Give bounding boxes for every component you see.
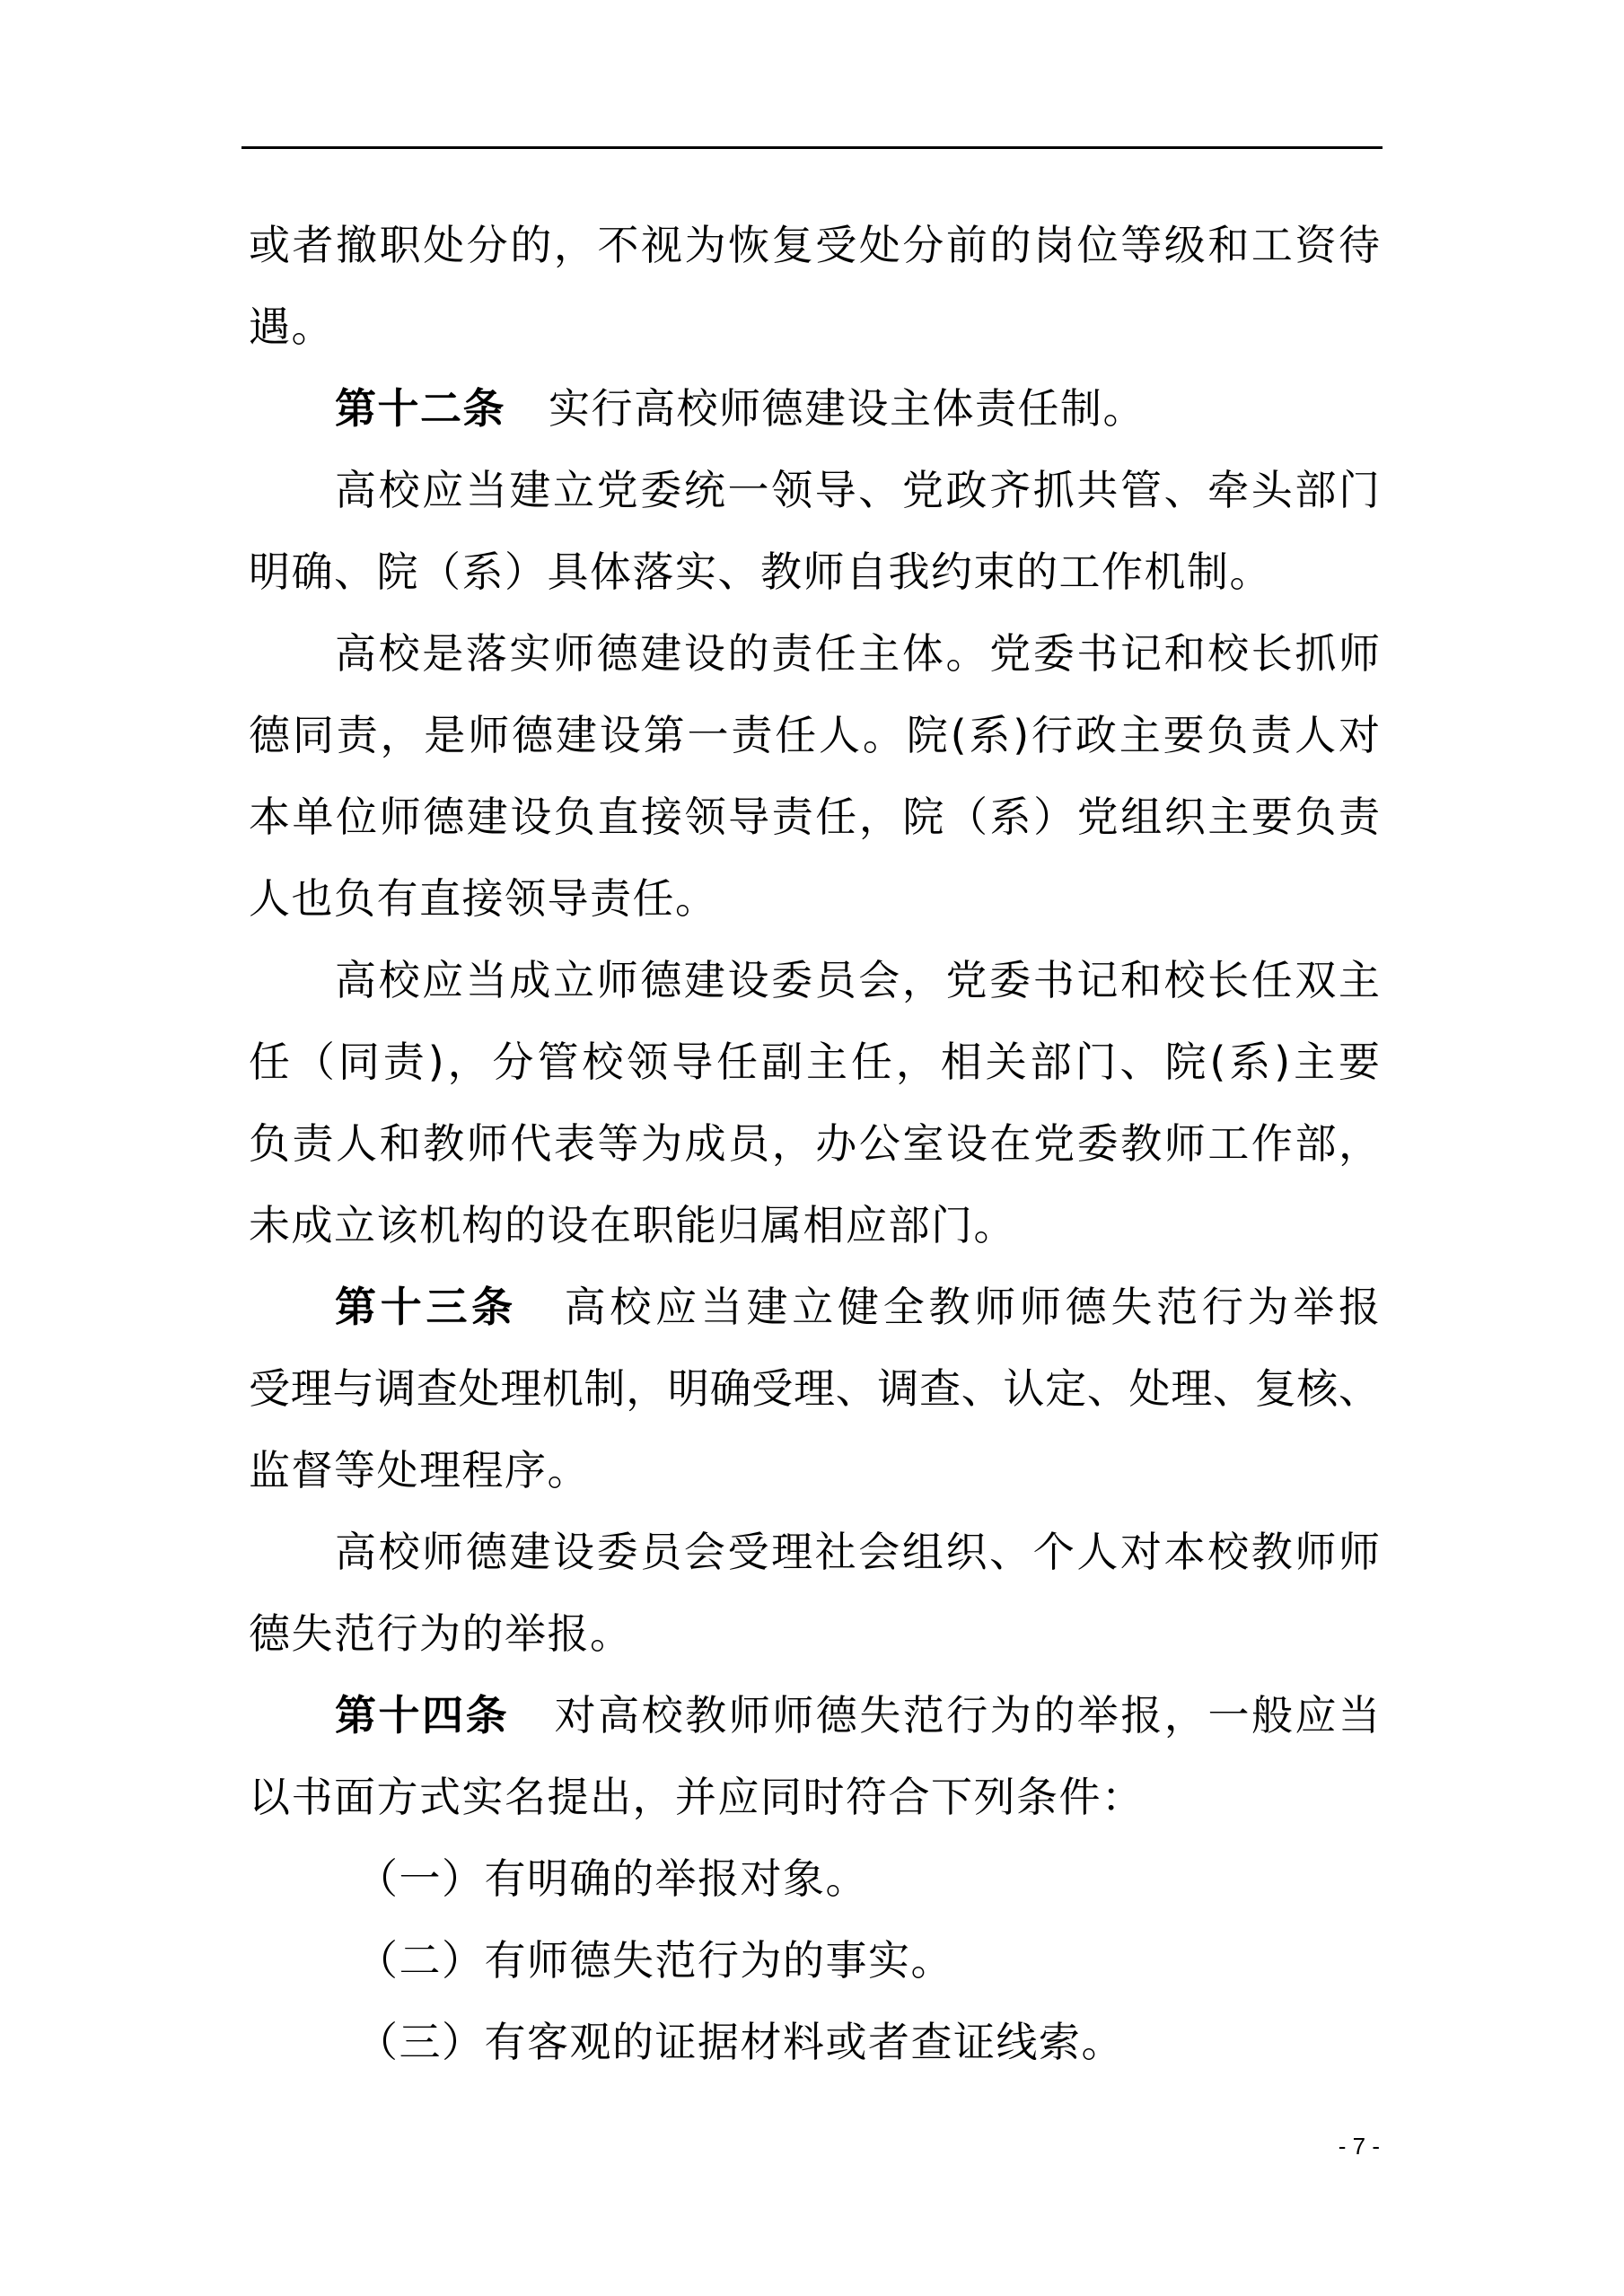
document-body: 或者撤职处分的，不视为恢复受处分前的岗位等级和工资待 遇。 第十二条实行高校师德… [249, 205, 1380, 2083]
text-line: 高校是落实师德建设的责任主体。党委书记和校长抓师 [249, 613, 1380, 695]
text-line: 以书面方式实名提出，并应同时符合下列条件： [249, 1757, 1380, 1838]
article-heading: 第十三条 [335, 1283, 517, 1331]
article-14-line: 第十四条对高校教师师德失范行为的举报，一般应当 [249, 1675, 1380, 1757]
article-text: 高校应当建立健全教师师德失范行为举报 [560, 1283, 1380, 1331]
page-number: - 7 - [1339, 2133, 1380, 2160]
article-12-line: 第十二条实行高校师德建设主体责任制。 [249, 368, 1380, 450]
article-13-line: 第十三条高校应当建立健全教师师德失范行为举报 [249, 1266, 1380, 1348]
article-text: 对高校教师师德失范行为的举报，一般应当 [552, 1691, 1380, 1740]
article-heading: 第十二条 [335, 384, 505, 433]
text-line: 或者撤职处分的，不视为恢复受处分前的岗位等级和工资待 [249, 205, 1380, 286]
article-heading: 第十四条 [335, 1691, 509, 1740]
list-item: （二）有师德失范行为的事实。 [249, 1920, 1380, 2002]
header-rule [241, 146, 1383, 149]
text-line: 未成立该机构的设在职能归属相应部门。 [249, 1185, 1380, 1266]
text-line: 高校应当成立师德建设委员会，党委书记和校长任双主 [249, 940, 1380, 1021]
text-line: 遇。 [249, 286, 1380, 368]
article-text: 实行高校师德建设主体责任制。 [549, 384, 1146, 433]
text-line: 任（同责)，分管校领导任副主任，相关部门、院(系)主要 [249, 1021, 1380, 1103]
text-line: 监督等处理程序。 [249, 1430, 1380, 1512]
text-line: 本单位师德建设负直接领导责任，院（系）党组织主要负责 [249, 776, 1380, 858]
text-line: 高校应当建立党委统一领导、党政齐抓共管、牵头部门 [249, 450, 1380, 531]
document-page: 或者撤职处分的，不视为恢复受处分前的岗位等级和工资待 遇。 第十二条实行高校师德… [0, 0, 1624, 2296]
text-line: 负责人和教师代表等为成员，办公室设在党委教师工作部， [249, 1103, 1380, 1185]
text-line: 人也负有直接领导责任。 [249, 858, 1380, 940]
text-line: 德同责，是师德建设第一责任人。院(系)行政主要负责人对 [249, 695, 1380, 776]
list-item: （一）有明确的举报对象。 [249, 1838, 1380, 1920]
text-line: 德失范行为的举报。 [249, 1593, 1380, 1675]
list-item: （三）有客观的证据材料或者查证线索。 [249, 2002, 1380, 2083]
text-line: 高校师德建设委员会受理社会组织、个人对本校教师师 [249, 1512, 1380, 1593]
text-line: 受理与调查处理机制，明确受理、调查、认定、处理、复核、 [249, 1348, 1380, 1430]
text-line: 明确、院（系）具体落实、教师自我约束的工作机制。 [249, 531, 1380, 613]
